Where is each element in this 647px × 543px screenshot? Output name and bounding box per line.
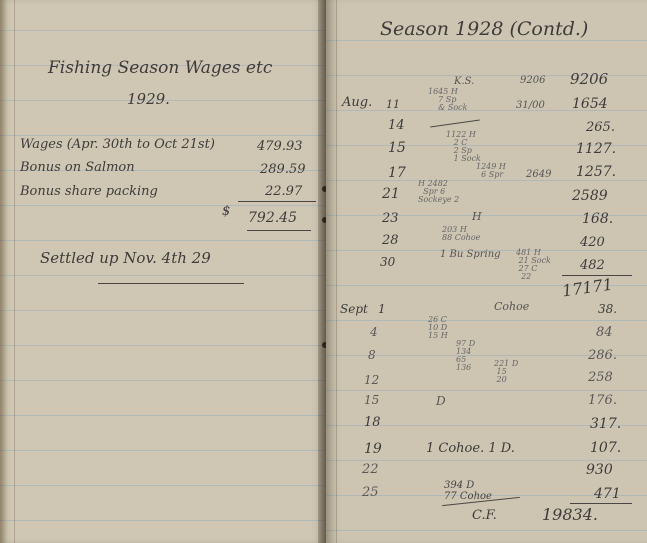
aug-tally: 1122 H 2 C 2 Sp 1 Sock bbox=[446, 131, 481, 163]
sept-amount: 176. bbox=[588, 393, 617, 408]
aug-day: 15 bbox=[388, 140, 406, 156]
aug-amount: 1127. bbox=[576, 141, 616, 157]
aug-sub: 2649 bbox=[526, 170, 551, 179]
aug-spring-note: 1 Bu Spring bbox=[440, 250, 501, 259]
tally-rule bbox=[430, 120, 480, 128]
sept-amount: 107. bbox=[590, 440, 621, 456]
sept-day: 1 bbox=[378, 302, 386, 316]
aug-day: 21 bbox=[382, 186, 400, 202]
aug-tally: H 2482 Spr 6 Sockeye 2 bbox=[418, 180, 459, 204]
sept-day: 19 bbox=[364, 441, 382, 457]
aug-tally: H bbox=[472, 212, 482, 221]
packing-bonus-amount: 22.97 bbox=[265, 184, 302, 199]
left-title-line1: Fishing Season Wages etc bbox=[48, 58, 272, 78]
aug-tally: 203 H 88 Cohoe bbox=[442, 226, 480, 242]
sept-tally: D bbox=[436, 394, 446, 408]
sept-day: 18 bbox=[364, 415, 381, 430]
total-currency: $ bbox=[222, 204, 230, 219]
sept-amount: 84 bbox=[596, 325, 613, 340]
left-title-year: 1929. bbox=[127, 90, 170, 108]
aug-amount: 482 bbox=[580, 258, 605, 273]
total-rule-bottom bbox=[247, 230, 311, 231]
sept-amount: 471 bbox=[594, 486, 621, 502]
sept-tally: 26 C 10 D 15 H bbox=[428, 316, 448, 340]
aug-tally: 1249 H 6 Spr bbox=[476, 163, 506, 179]
total-rule-top bbox=[238, 201, 316, 202]
sept-amount: 930 bbox=[586, 462, 613, 478]
carried-amount: 9206 bbox=[570, 70, 608, 88]
settled-underline bbox=[98, 283, 244, 284]
settled-note: Settled up Nov. 4th 29 bbox=[40, 249, 211, 267]
month-august: Aug. bbox=[342, 95, 372, 110]
sept-day: 4 bbox=[370, 325, 378, 339]
sept-tally: 97 D 134 65 136 bbox=[456, 340, 475, 372]
sept-amount: 38. bbox=[598, 302, 617, 316]
sept-tally: 1 Cohoe. 1 D. bbox=[426, 441, 515, 456]
aug-amount: 168. bbox=[582, 211, 613, 227]
right-notebook-page: Season 1928 (Contd.) K.S. 9206 9206 Aug.… bbox=[326, 0, 647, 543]
salmon-bonus-label: Bonus on Salmon bbox=[20, 160, 135, 175]
carried-note: K.S. bbox=[454, 77, 474, 86]
packing-bonus-label: Bonus share packing bbox=[20, 184, 158, 199]
aug-day: 23 bbox=[382, 211, 399, 226]
total-label: C.F. bbox=[472, 508, 497, 523]
aug-day: 30 bbox=[380, 255, 395, 269]
sept-day: 8 bbox=[368, 348, 376, 362]
aug-day: 28 bbox=[382, 233, 399, 248]
sept-tally: 394 D 77 Cohoe bbox=[444, 480, 492, 502]
sept-day: 25 bbox=[362, 485, 379, 500]
left-margin-line bbox=[14, 0, 15, 543]
grand-total: 19834. bbox=[542, 505, 598, 524]
aug-amount: 1257. bbox=[576, 164, 616, 180]
august-subtotal: 17171 bbox=[561, 275, 614, 301]
aug-tally: 1645 H 7 Sp & Sock bbox=[428, 88, 467, 112]
aug-day: 17 bbox=[388, 165, 406, 181]
carried-sub: 9206 bbox=[520, 76, 545, 85]
aug-amount: 265. bbox=[586, 120, 615, 135]
wages-label: Wages (Apr. 30th to Oct 21st) bbox=[20, 137, 215, 152]
aug-amount: 2589 bbox=[572, 188, 608, 204]
salmon-bonus-amount: 289.59 bbox=[260, 162, 306, 177]
wages-amount: 479.93 bbox=[257, 139, 303, 154]
sept-amount: 286. bbox=[588, 348, 617, 363]
aug-amount: 420 bbox=[580, 235, 605, 250]
sept-day: 12 bbox=[364, 373, 379, 387]
aug-tally: 481 H 21 Sock 27 C 22 bbox=[516, 249, 551, 281]
sept-tally: 221 D 15 20 bbox=[494, 360, 518, 384]
left-total-amount: 792.45 bbox=[248, 210, 297, 226]
aug-sub: 31/00 bbox=[516, 101, 545, 110]
grand-total-rule bbox=[570, 503, 632, 504]
aug-day: 14 bbox=[388, 118, 405, 133]
right-page-title: Season 1928 (Contd.) bbox=[380, 18, 588, 40]
sept-day: 15 bbox=[364, 393, 379, 407]
month-september: Sept bbox=[340, 302, 368, 316]
left-notebook-page: Fishing Season Wages etc 1929. Wages (Ap… bbox=[0, 0, 326, 543]
sept-amount: 317. bbox=[590, 416, 621, 432]
aug-day: 11 bbox=[386, 98, 400, 111]
sept-tally: Cohoe bbox=[494, 302, 529, 311]
aug-amount: 1654 bbox=[572, 96, 608, 112]
sept-day: 22 bbox=[362, 462, 379, 477]
sept-amount: 258 bbox=[588, 370, 613, 385]
right-margin-line bbox=[336, 0, 337, 543]
